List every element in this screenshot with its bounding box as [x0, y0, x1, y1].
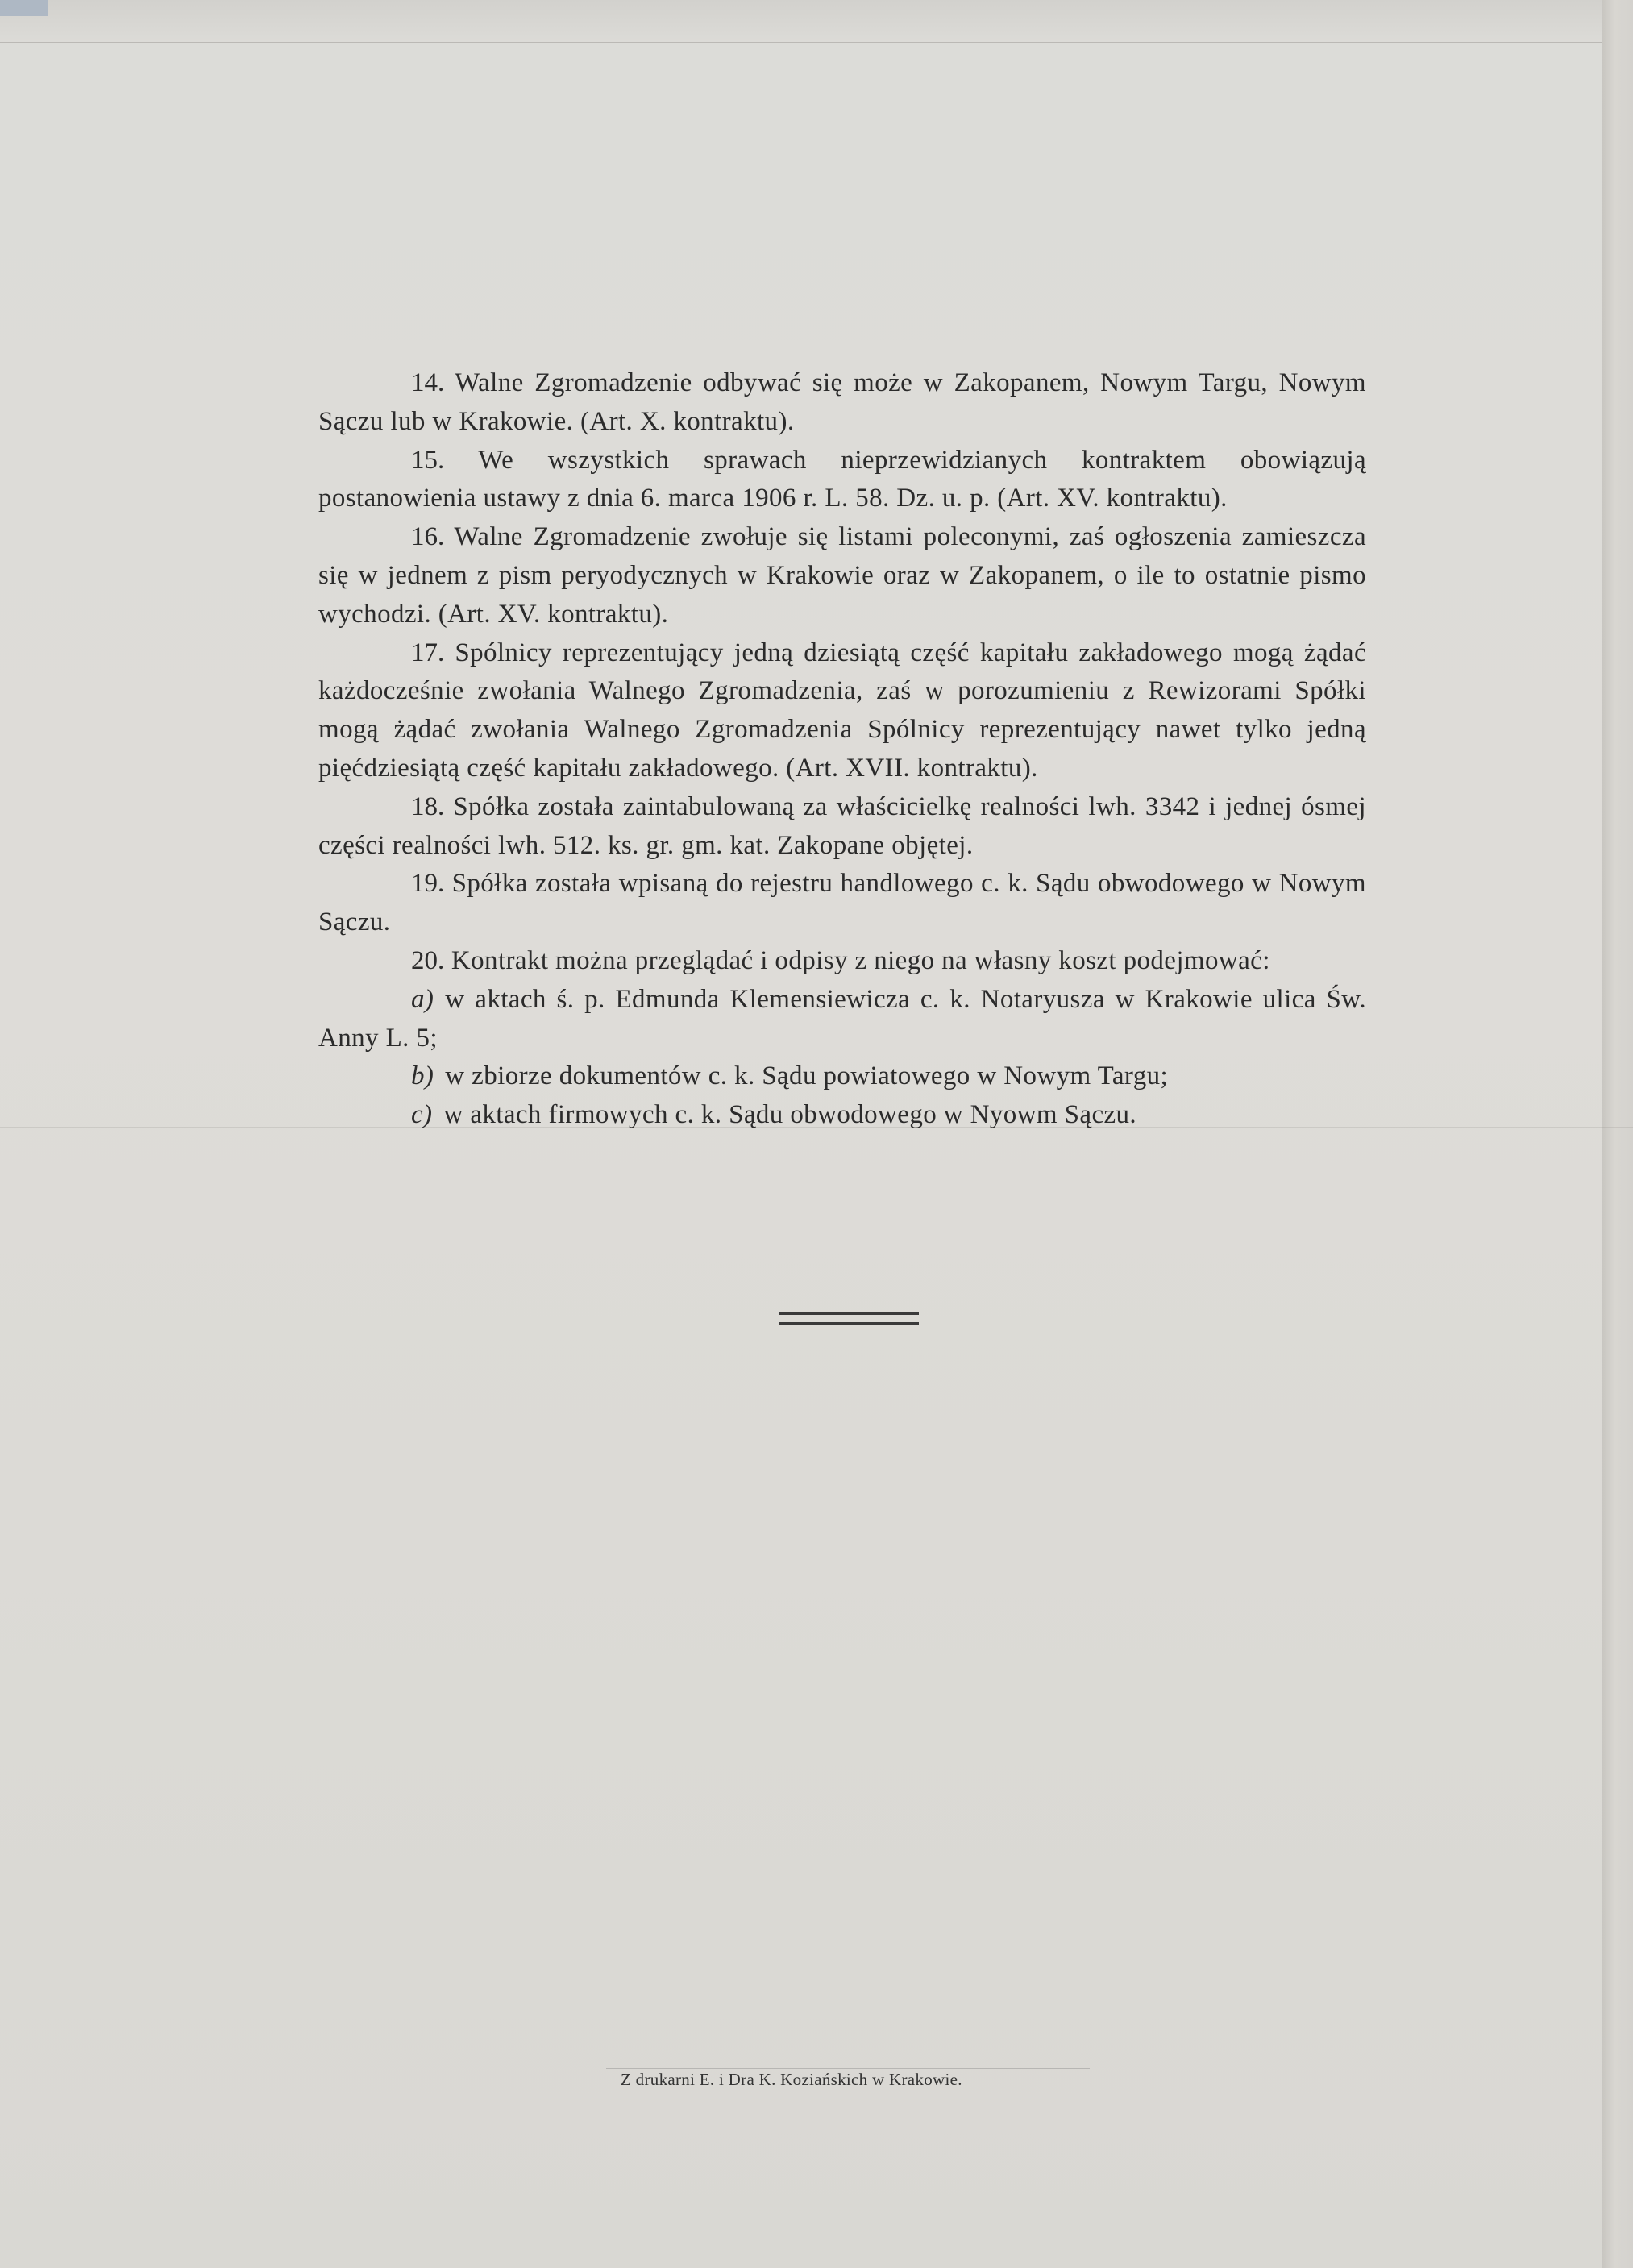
paragraph-18: 18. Spółka została zaintabulowaną za wła…: [318, 788, 1366, 866]
sub-item-text: w aktach firmowych c. k. Sądu obwodowego…: [443, 1100, 1136, 1129]
sub-item-mark: c): [411, 1100, 432, 1129]
paragraph-20: 20. Kontrakt można przeglądać i odpisy z…: [318, 942, 1366, 981]
sub-item-a: a)w aktach ś. p. Edmunda Klemensiewicza …: [318, 981, 1366, 1058]
paragraph-text: Spółka została zaintabulowaną za właścic…: [318, 792, 1366, 860]
double-rule-top: [779, 1312, 919, 1315]
paragraph-number: 19.: [411, 869, 444, 898]
paragraph-number: 15.: [411, 446, 444, 475]
sub-item-text: w aktach ś. p. Edmunda Klemensiewicza c.…: [318, 985, 1366, 1053]
sub-item-b: b)w zbiorze dokumentów c. k. Sądu powiat…: [318, 1057, 1366, 1096]
paragraph-number: 17.: [411, 638, 444, 667]
paragraph-text: Spólnicy reprezentujący jedną dziesiątą …: [318, 638, 1366, 783]
right-page-edge: [1602, 0, 1633, 2268]
paragraph-14: 14. Walne Zgromadzenie odbywać się może …: [318, 364, 1366, 442]
paragraph-number: 16.: [411, 522, 444, 551]
sub-item-text: w zbiorze dokumentów c. k. Sądu powiatow…: [445, 1061, 1168, 1090]
paragraph-text: We wszystkich sprawach nieprzewidzianych…: [318, 446, 1366, 513]
paragraph-number: 20.: [411, 946, 444, 975]
paragraph-19: 19. Spółka została wpisaną do rejestru h…: [318, 865, 1366, 942]
printer-imprint: Z drukarni E. i Dra K. Koziańskich w Kra…: [621, 2070, 1088, 2090]
paragraph-number: 18.: [411, 792, 444, 821]
top-folded-edge: [0, 0, 1633, 43]
paragraph-text: Kontrakt można przeglądać i odpisy z nie…: [451, 946, 1270, 975]
paragraph-text: Walne Zgromadzenie zwołuje się listami p…: [318, 522, 1366, 629]
paragraph-15: 15. We wszystkich sprawach nieprzewidzia…: [318, 442, 1366, 519]
sub-item-c: c)w aktach firmowych c. k. Sądu obwodowe…: [318, 1096, 1366, 1135]
footer-divider: [606, 2068, 1090, 2069]
double-rule-bottom: [779, 1322, 919, 1325]
sub-item-mark: a): [411, 985, 434, 1014]
paragraph-16: 16. Walne Zgromadzenie zwołuje się lista…: [318, 518, 1366, 633]
paragraph-17: 17. Spólnicy reprezentujący jedną dziesi…: [318, 634, 1366, 788]
document-body: 14. Walne Zgromadzenie odbywać się może …: [318, 364, 1366, 1135]
paragraph-number: 14.: [411, 368, 444, 397]
paragraph-text: Spółka została wpisaną do rejestru handl…: [318, 869, 1366, 937]
background-corner: [0, 0, 48, 16]
paper-page: [0, 11, 1604, 2268]
sub-item-mark: b): [411, 1061, 434, 1090]
paragraph-text: Walne Zgromadzenie odbywać się może w Za…: [318, 368, 1366, 436]
